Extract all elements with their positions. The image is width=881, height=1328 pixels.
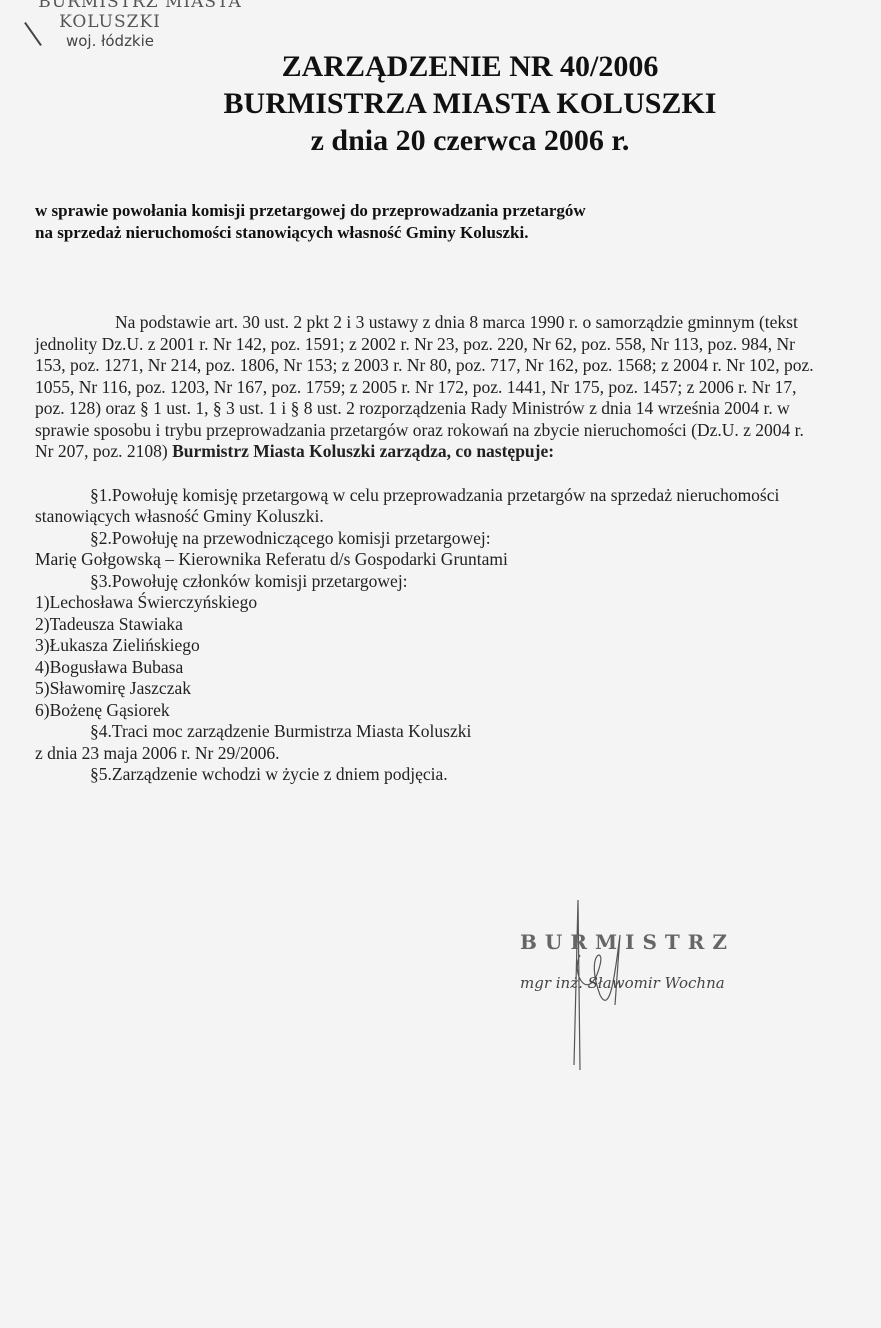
preamble: Na podstawie art. 30 ust. 2 pkt 2 i 3 us… xyxy=(35,312,825,463)
member-item: 6)Bożenę Gąsiorek xyxy=(35,700,825,722)
member-item: 4)Bogusława Bubasa xyxy=(35,657,825,679)
member-item: 5)Sławomirę Jaszczak xyxy=(35,678,825,700)
signature-name: mgr inż. Sławomir Wochna xyxy=(520,974,780,992)
section-3: §3.Powołuję członków komisji przetargowe… xyxy=(35,571,825,593)
signature-block: BURMISTRZ mgr inż. Sławomir Wochna xyxy=(520,930,780,992)
member-item: 3)Łukasza Zielińskiego xyxy=(35,635,825,657)
stamp-line-1: BURMISTRZ MIASTA xyxy=(20,0,260,12)
section-2: §2.Powołuję na przewodniczącego komisji … xyxy=(35,528,825,550)
document-title: ZARZĄDZENIE NR 40/2006 BURMISTRZA MIASTA… xyxy=(200,48,740,159)
member-item: 2)Tadeusza Stawiaka xyxy=(35,614,825,636)
signature-title: BURMISTRZ xyxy=(520,930,780,954)
subject-line-1: w sprawie powołania komisji przetargowej… xyxy=(35,200,586,222)
section-4-date: z dnia 23 maja 2006 r. Nr 29/2006. xyxy=(35,743,825,765)
subject-line-2: na sprzedaż nieruchomości stanowiących w… xyxy=(35,222,586,244)
member-item: 1)Lechosława Świerczyńskiego xyxy=(35,592,825,614)
title-line-2: BURMISTRZA MIASTA KOLUSZKI xyxy=(200,85,740,122)
title-line-3: z dnia 20 czerwca 2006 r. xyxy=(200,122,740,159)
section-1: §1.Powołuję komisję przetargową w celu p… xyxy=(35,485,825,528)
preamble-bold: Burmistrz Miasta Koluszki zarządza, co n… xyxy=(172,441,554,461)
preamble-text: Na podstawie art. 30 ust. 2 pkt 2 i 3 us… xyxy=(35,312,814,461)
section-5: §5.Zarządzenie wchodzi w życie z dniem p… xyxy=(35,764,825,786)
title-line-1: ZARZĄDZENIE NR 40/2006 xyxy=(200,48,740,85)
document-body: Na podstawie art. 30 ust. 2 pkt 2 i 3 us… xyxy=(35,312,825,786)
section-4: §4.Traci moc zarządzenie Burmistrza Mias… xyxy=(35,721,825,743)
section-2-chair: Marię Gołgowską – Kierownika Referatu d/… xyxy=(35,549,825,571)
stamp-line-2: KOLUSZKI xyxy=(0,12,260,32)
document-subject: w sprawie powołania komisji przetargowej… xyxy=(35,200,586,244)
